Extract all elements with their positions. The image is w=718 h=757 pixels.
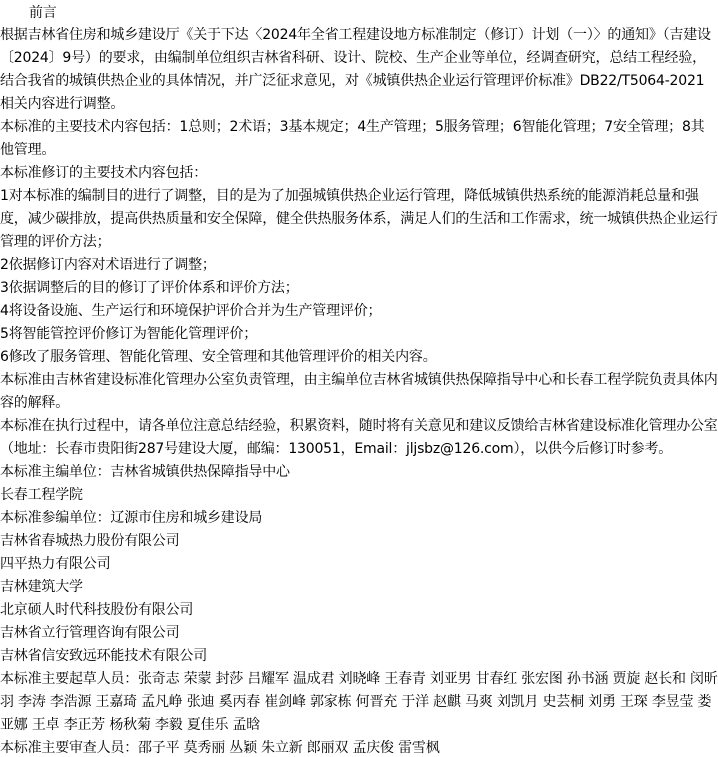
participating-unit-3: 四平热力有限公司 (0, 553, 718, 576)
chief-editor-unit: 本标准主编单位：吉林省城镇供热保障指导中心 (0, 461, 718, 484)
paragraph-revision-heading: 本标准修订的主要技术内容包括： (0, 162, 718, 185)
participating-unit-7: 吉林省信安致远环能技术有限公司 (0, 645, 718, 668)
document-title: 前言 (0, 0, 718, 24)
participating-unit-5: 北京硕人时代科技股份有限公司 (0, 599, 718, 622)
paragraph-management: 本标准由吉林省建设标准化管理办公室负责管理，由主编单位吉林省城镇供热保障指导中心… (0, 369, 718, 415)
paragraph-feedback: 本标准在执行过程中，请各单位注意总结经验，积累资料，随时将有关意见和建议反馈给吉… (0, 415, 718, 461)
participating-unit-6: 吉林省立行管理咨询有限公司 (0, 622, 718, 645)
revision-item-5: 5将智能管控评价修订为智能化管理评价； (0, 323, 718, 346)
revision-item-3: 3依据调整后的目的修订了评价体系和评价方法； (0, 277, 718, 300)
document: 前言 根据吉林省住房和城乡建设厅《关于下达〈2024年全省工程建设地方标准制定（… (0, 0, 718, 757)
reviewers-list: 本标准主要审查人员：邵子平 莫秀丽 丛颖 朱立新 郎丽双 孟庆俊 雷雪枫 (0, 737, 718, 757)
revision-item-6: 6修改了服务管理、智能化管理、安全管理和其他管理评价的相关内容。 (0, 346, 718, 369)
revision-item-4: 4将设备设施、生产运行和环境保护评价合并为生产管理评价； (0, 300, 718, 323)
paragraph-technical-content: 本标准的主要技术内容包括：1总则；2术语；3基本规定；4生产管理；5服务管理；6… (0, 116, 718, 162)
participating-unit-2: 吉林省春城热力股份有限公司 (0, 530, 718, 553)
revision-item-2: 2依据修订内容对术语进行了调整； (0, 254, 718, 277)
chief-editor-unit-2: 长春工程学院 (0, 484, 718, 507)
revision-item-1: 1对本标准的编制目的进行了调整，目的是为了加强城镇供热企业运行管理，降低城镇供热… (0, 185, 718, 254)
drafters-list: 本标准主要起草人员：张奇志 荣蒙 封莎 吕耀军 温成君 刘晓峰 王春青 刘亚男 … (0, 668, 718, 737)
participating-unit: 本标准参编单位：辽源市住房和城乡建设局 (0, 507, 718, 530)
participating-unit-4: 吉林建筑大学 (0, 576, 718, 599)
paragraph-basis: 根据吉林省住房和城乡建设厅《关于下达〈2024年全省工程建设地方标准制定（修订）… (0, 24, 718, 116)
